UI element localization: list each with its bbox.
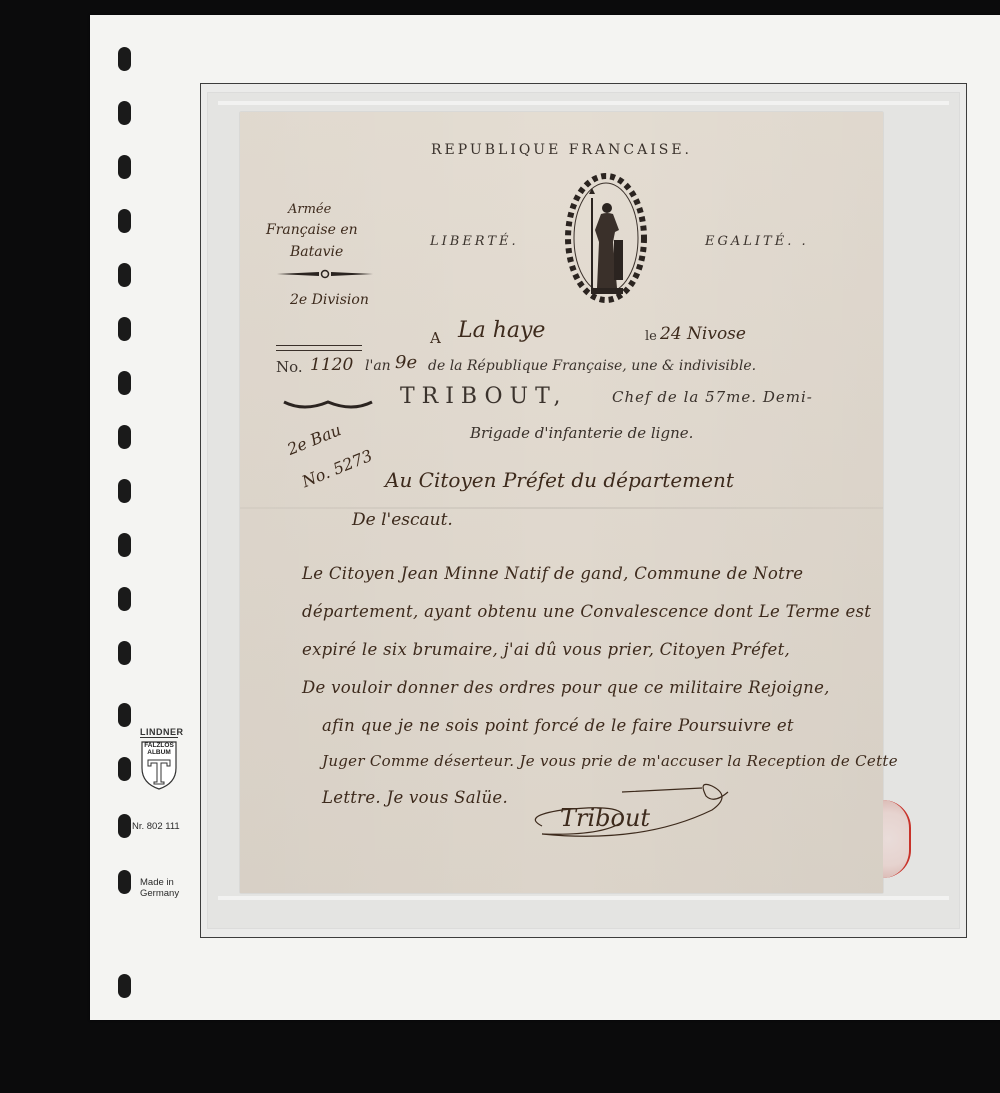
year-prefix: l'an xyxy=(365,358,391,374)
motto-egalite: EGALITÉ. . xyxy=(705,234,809,249)
bureau: 2e Bau xyxy=(284,420,343,459)
ornament-divider-icon xyxy=(275,269,375,279)
place: La haye xyxy=(458,318,545,343)
made-in-label: Made in Germany xyxy=(140,877,179,899)
historical-letter: REPUBLIQUE FRANCAISE. LIBERTÉ. EGALITÉ. … xyxy=(240,112,883,893)
punch-hole xyxy=(118,703,131,727)
recipient-line2: De l'escaut. xyxy=(352,510,453,530)
punch-hole xyxy=(118,814,131,838)
body-line: Juger Comme déserteur. Je vous prie de m… xyxy=(322,752,898,770)
punch-hole xyxy=(118,587,131,611)
army-line1: Armée xyxy=(288,202,331,217)
punch-hole xyxy=(118,641,131,665)
body-line: département, ayant obtenu une Convalesce… xyxy=(302,602,871,621)
signature-flourish-icon xyxy=(502,776,752,846)
punch-hole xyxy=(118,317,131,341)
punch-hole xyxy=(118,757,131,781)
number-label: No. xyxy=(276,358,303,376)
sender-title-2: Brigade d'infanterie de ligne. xyxy=(470,424,693,442)
division: 2e Division xyxy=(290,292,369,308)
date: 24 Nivose xyxy=(660,324,746,344)
punch-hole xyxy=(118,371,131,395)
ornament-wave-icon xyxy=(282,396,374,412)
logo-line1: FALZLOS xyxy=(140,742,178,749)
punch-hole xyxy=(118,101,131,125)
fold-crease xyxy=(240,507,883,509)
army-line2: Française en xyxy=(266,222,358,238)
motto-liberte: LIBERTÉ. xyxy=(430,234,519,249)
made-in-line1: Made in xyxy=(140,877,179,888)
sender-title-1: Chef de la 57me. Demi- xyxy=(612,388,813,406)
punch-hole xyxy=(118,209,131,233)
punch-hole xyxy=(118,155,131,179)
rule-double xyxy=(276,345,362,351)
made-in-line2: Germany xyxy=(140,888,179,899)
punch-hole xyxy=(118,47,131,71)
punch-hole xyxy=(118,425,131,449)
marianne-vignette-icon xyxy=(560,170,652,310)
punch-hole xyxy=(118,974,131,998)
army-line3: Batavie xyxy=(290,244,343,260)
year: 9e xyxy=(395,352,417,373)
body-line: De vouloir donner des ordres pour que ce… xyxy=(302,678,830,697)
body-line: afin que je ne sois point forcé de le fa… xyxy=(322,716,794,735)
recipient-line1: Au Citoyen Préfet du département xyxy=(385,468,734,492)
punch-hole xyxy=(118,870,131,894)
body-line: Le Citoyen Jean Minne Natif de gand, Com… xyxy=(302,564,803,583)
catalog-number: Nr. 802 111 xyxy=(132,821,180,832)
brand-name: LINDNER xyxy=(140,727,178,738)
sender-name: TRIBOUT, xyxy=(400,384,568,409)
punch-hole xyxy=(118,479,131,503)
body-line: Lettre. Je vous Salüe. xyxy=(322,788,508,807)
punch-hole xyxy=(118,263,131,287)
punch-hole xyxy=(118,533,131,557)
bureau-number: No. 5273 xyxy=(299,446,375,491)
number-value: 1120 xyxy=(310,355,353,375)
place-prefix: A xyxy=(430,329,441,347)
year-suffix: de la République Française, une & indivi… xyxy=(428,358,756,374)
logo-line2: ALBUM xyxy=(140,749,178,756)
date-prefix: le xyxy=(645,329,657,344)
body-line: expiré le six brumaire, j'ai dû vous pri… xyxy=(302,640,790,659)
lindner-logo: LINDNER FALZLOS ALBUM xyxy=(140,727,178,790)
letterhead-title: REPUBLIQUE FRANCAISE. xyxy=(240,142,883,158)
